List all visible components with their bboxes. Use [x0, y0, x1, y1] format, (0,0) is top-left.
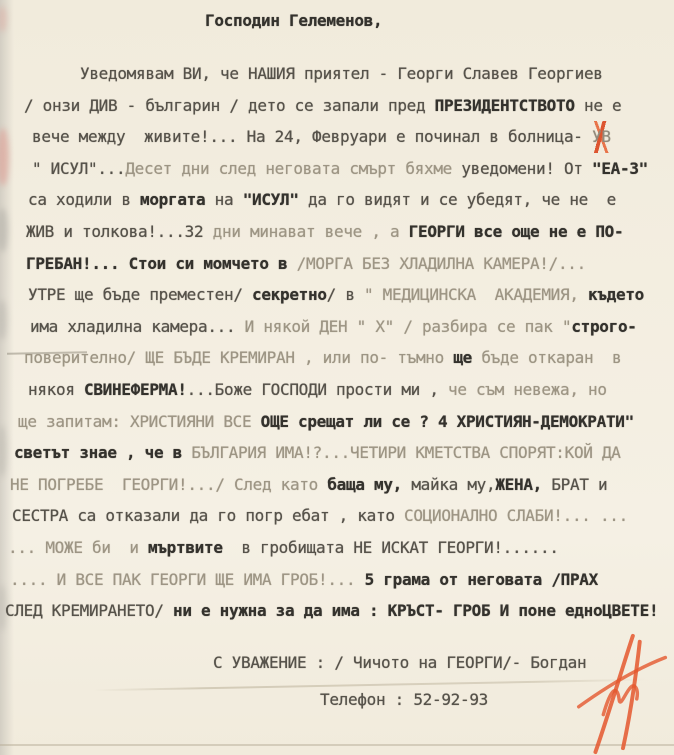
text-segment: не е: [575, 96, 622, 115]
text-segment: майка му,: [402, 475, 495, 494]
greeting-line: Господин Гелеменов,: [205, 11, 382, 30]
text-segment: СВИНЕФЕРМА!: [84, 380, 187, 399]
text-segment: СОЦИОНАЛНО СЛАБИ!... ...: [404, 506, 628, 525]
text-segment: " ИСУЛ"...: [32, 159, 125, 178]
scan-smudge: [0, 425, 7, 477]
text-segment: И някой ДЕН " Х" / разбира се пак ": [245, 317, 572, 336]
text-segment: ЖЕНА,: [495, 475, 542, 494]
body-line: СЛЕД КРЕМИРАНЕТО/ ни е нужна за да има :…: [5, 595, 664, 627]
scanned-letter-page: Господин Гелеменов, Уведомявам ВИ, че НА…: [0, 0, 674, 755]
text-segment: на: [205, 190, 242, 209]
text-segment: уведомени! От: [461, 159, 592, 178]
text-segment: "ИСУЛ": [243, 190, 299, 209]
body-line: НЕ ПОГРЕБЕ ГЕОРГИ!.../ След като баща му…: [10, 469, 664, 501]
scan-smudge: [0, 208, 8, 252]
body-line: са ходили в моргата на "ИСУЛ" да го видя…: [28, 184, 664, 216]
text-segment: /МОРГА БЕЗ ХЛАДИЛНА КАМЕРА!/...: [297, 254, 586, 273]
text-segment: строго-: [571, 317, 636, 336]
text-segment: ...Боже ГОСПОДИ прости ми ,: [187, 380, 448, 399]
text-segment: ГРЕБАН!... Стои си момчето в: [26, 254, 297, 273]
text-segment: СЕСТРА са отказали да го погр ебат , кат…: [12, 506, 404, 525]
text-segment: има хладилна камера...: [30, 317, 245, 336]
text-segment: поверително/ ЩЕ БЪДЕ КРЕМИРАН , или по- …: [24, 348, 453, 367]
body-line: .... И ВСЕ ПАК ГЕОРГИ ЩЕ ИМА ГРОБ!... 5 …: [10, 564, 664, 596]
text-segment: са ходили в: [28, 190, 140, 209]
body-line: " ИСУЛ"...Десет дни след неговата смърт …: [32, 153, 664, 185]
body-line: ... МОЖЕ би и мъртвите в гробищата НЕ ИС…: [8, 532, 664, 564]
text-segment: вече между живите!... На 24, Февруари е …: [32, 127, 592, 146]
text-segment: .... И ВСЕ ПАК ГЕОРГИ ЩЕ ИМА ГРОБ!...: [10, 570, 365, 589]
phone-line: Телефон : 52-92-93: [320, 690, 488, 709]
scan-smudge: [0, 300, 7, 340]
signature-line: С УВАЖЕНИЕ : / Чичото на ГЕОРГИ/- Богдан: [213, 653, 586, 672]
text-segment: че съм невежа, но: [448, 380, 607, 399]
body-line: / онзи ДИВ - българин / дето се запали п…: [24, 90, 664, 122]
text-segment: ще: [453, 348, 472, 367]
red-signature-scribble: [573, 628, 673, 755]
text-segment: мъртвите: [148, 538, 223, 557]
text-segment: ЖИВ и толкова!...32: [26, 222, 213, 241]
text-segment: дни минават вече , а: [213, 222, 409, 241]
text-segment: ще запитам: ХРИСТИЯНИ ВСЕ: [18, 412, 261, 431]
text-segment: БРАТ и: [542, 475, 607, 494]
text-segment: в гробищата НЕ ИСКАТ ГЕОРГИ!......: [223, 538, 559, 557]
text-segment: моргата: [140, 190, 205, 209]
text-segment: баща му,: [327, 475, 402, 494]
body-line: вече между живите!... На 24, Февруари е …: [32, 121, 664, 153]
text-segment: бъде откаран в: [472, 348, 621, 367]
text-segment: " МЕДИЦИНСКА АКАДЕМИЯ,: [364, 285, 579, 304]
text-segment: Уведомявам ВИ, че НАШИЯ приятел - Георги…: [80, 64, 603, 83]
body-line: СЕСТРА са отказали да го погр ебат , кат…: [12, 500, 664, 532]
text-segment: да го видят и се убедят, че не е: [299, 190, 616, 209]
body-line: ГРЕБАН!... Стои си момчето в /МОРГА БЕЗ …: [26, 248, 664, 280]
body-line: Уведомявам ВИ, че НАШИЯ приятел - Георги…: [80, 58, 664, 90]
text-segment: 5 грама от неговата /ПРАХ: [365, 570, 598, 589]
text-segment: секретно: [252, 285, 327, 304]
text-segment: където: [579, 285, 644, 304]
text-segment: ни е нужна за да има : КРЪСТ- ГРОБ И пон…: [173, 601, 658, 620]
body-line: поверително/ ЩЕ БЪДЕ КРЕМИРАН , или по- …: [24, 342, 664, 374]
scan-edge-shadow: [0, 0, 14, 755]
text-segment: ГЕОРГИ все още не е ПО-: [409, 222, 624, 241]
letter-body: Уведомявам ВИ, че НАШИЯ приятел - Георги…: [24, 58, 664, 627]
text-segment: / онзи ДИВ - българин / дето се запали п…: [24, 96, 435, 115]
text-segment: СЛЕД КРЕМИРАНЕТО/: [5, 601, 173, 620]
text-segment: Десет дни след неговата смърт бяхме: [125, 159, 461, 178]
text-segment: НЕ ПОГРЕБЕ ГЕОРГИ!.../ След като: [10, 475, 327, 494]
red-struck-text: УВ: [592, 121, 611, 153]
text-segment: светът знае , че в: [14, 443, 191, 462]
body-line: някоя СВИНЕФЕРМА!...Боже ГОСПОДИ прости …: [28, 374, 664, 406]
text-segment: УТРЕ ще бъде преместен/: [28, 285, 252, 304]
text-segment: ПРЕЗИДЕНТСТВОТО: [435, 96, 575, 115]
body-line: ЖИВ и толкова!...32 дни минават вече , а…: [26, 216, 664, 248]
text-segment: някоя: [28, 380, 84, 399]
body-line: има хладилна камера... И някой ДЕН " Х" …: [30, 311, 664, 343]
scan-smudge: [0, 128, 9, 186]
text-segment: "ЕА-3": [592, 159, 648, 178]
text-segment: ... МОЖЕ би и: [8, 538, 148, 557]
text-segment: ОЩЕ срещат ли се ? 4 ХРИСТИЯН-ДЕМОКРАТИ": [261, 412, 634, 431]
text-segment: / в: [327, 285, 364, 304]
text-segment: БЪЛГАРИЯ ИМА!?...ЧЕТИРИ КМЕТСТВА СПОРЯТ:…: [191, 443, 620, 462]
body-line: светът знае , че в БЪЛГАРИЯ ИМА!?...ЧЕТИ…: [14, 437, 664, 469]
body-line: УТРЕ ще бъде преместен/ секретно/ в " МЕ…: [28, 279, 664, 311]
body-line: ще запитам: ХРИСТИЯНИ ВСЕ ОЩЕ срещат ли …: [18, 406, 664, 438]
scan-smudge: [0, 6, 7, 32]
